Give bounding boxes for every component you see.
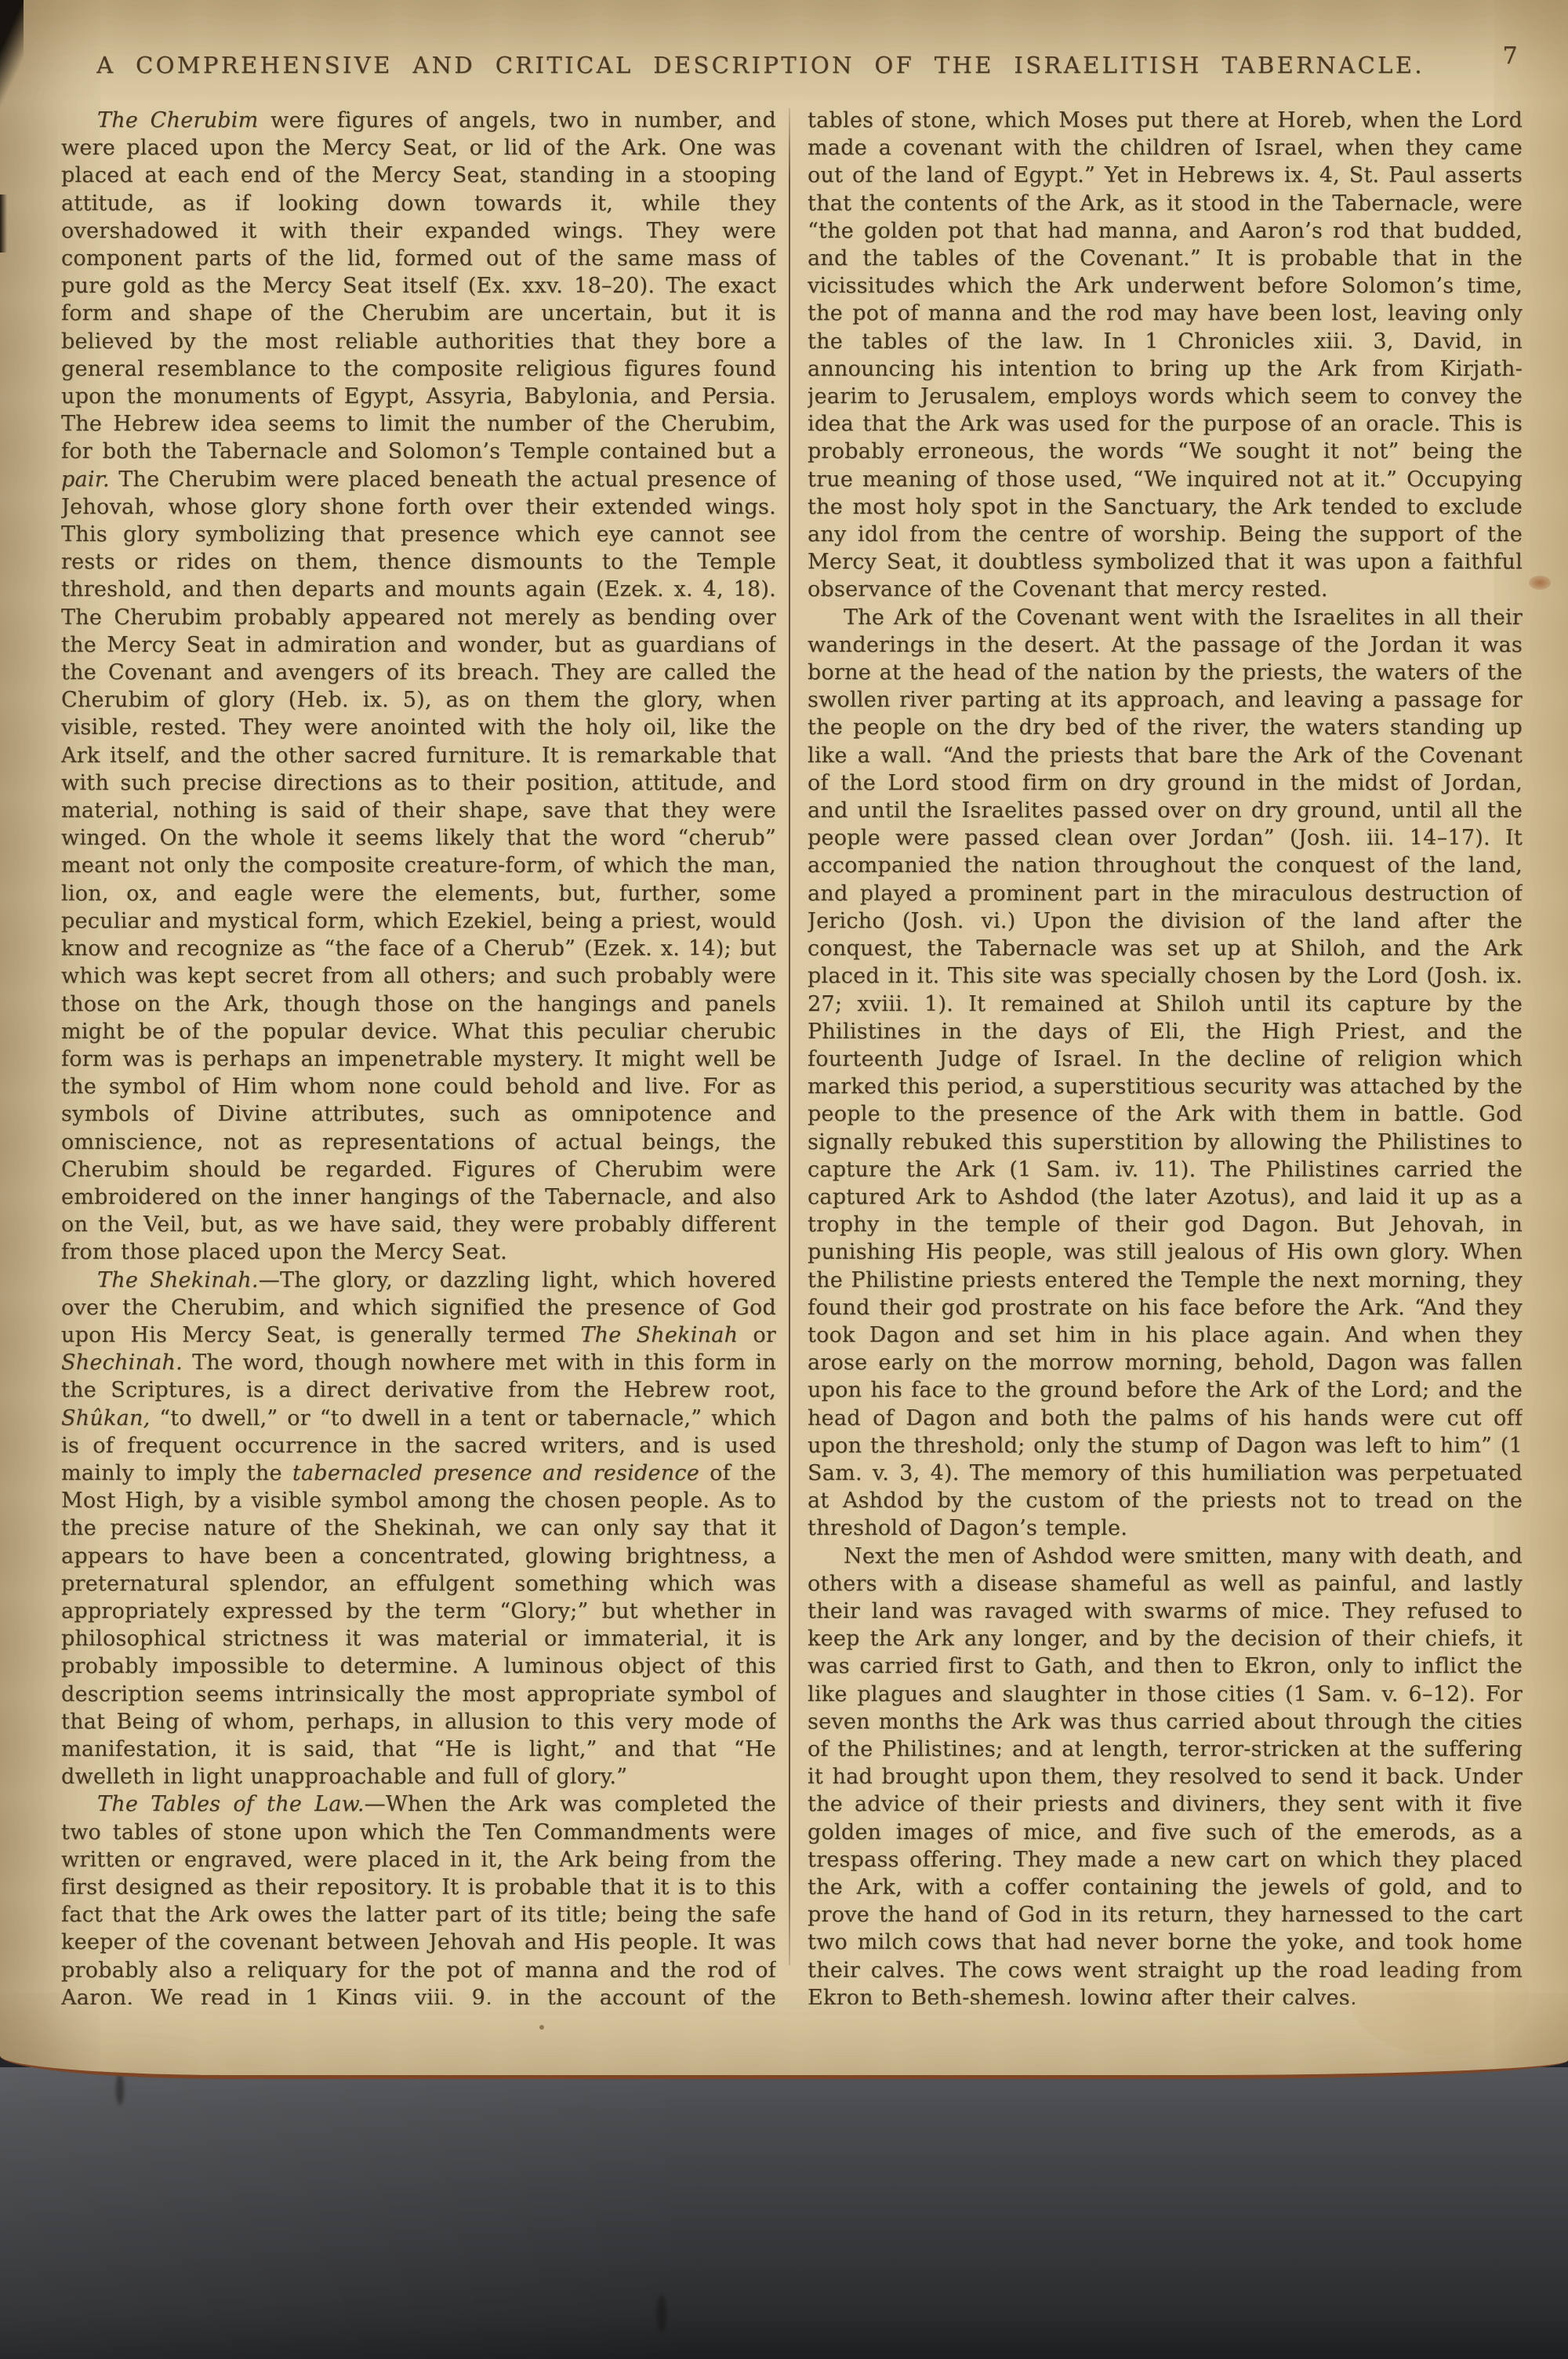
text-run: of the Most High, by a visible symbol am… xyxy=(61,1461,776,1789)
italic-text-run: Shechinah. xyxy=(61,1350,183,1375)
paragraph: tables of stone, which Moses put there a… xyxy=(808,107,1523,604)
italic-text-run: The Shekinah xyxy=(580,1323,738,1347)
paper-stain xyxy=(539,2025,544,2030)
table-backdrop xyxy=(0,2067,1568,2359)
italic-text-run: tabernacled presence and residence xyxy=(292,1461,699,1485)
paragraph: The Cherubim were figures of angels, two… xyxy=(61,107,776,1267)
backdrop-speck xyxy=(116,2074,124,2105)
column-divider-rule xyxy=(789,108,790,1965)
italic-text-run: The Cherubim xyxy=(97,108,259,133)
text-run: Next the men of Ashdod were smitten, man… xyxy=(808,1544,1523,2005)
paper-stain xyxy=(1348,1937,1529,2055)
text-run: were figures of angels, two in number, a… xyxy=(61,108,776,463)
book-page: A COMPREHENSIVE AND CRITICAL DESCRIPTION… xyxy=(0,0,1568,2079)
italic-text-run: The Tables of the Law. xyxy=(97,1792,365,1816)
column-left: The Cherubim were figures of angels, two… xyxy=(61,107,776,2005)
paper-stain xyxy=(1529,576,1551,590)
page-title: A COMPREHENSIVE AND CRITICAL DESCRIPTION… xyxy=(94,52,1427,78)
gutter-shadow xyxy=(0,0,24,118)
gutter-shadow-fragment xyxy=(0,194,7,253)
italic-text-run: The Shekinah. xyxy=(97,1268,259,1292)
backdrop-speck xyxy=(657,2295,666,2332)
text-run: The Cherubim were placed beneath the act… xyxy=(61,467,776,1265)
italic-text-run: Shûkan, xyxy=(61,1406,150,1430)
text-run: —When the Ark was completed the two tabl… xyxy=(61,1792,776,2005)
column-right: tables of stone, which Moses put there a… xyxy=(808,107,1523,2005)
paragraph: The Ark of the Covenant went with the Is… xyxy=(808,604,1523,1543)
text-run: The Ark of the Covenant went with the Is… xyxy=(808,605,1523,1541)
page-number: 7 xyxy=(1486,42,1534,70)
text-run: tables of stone, which Moses put there a… xyxy=(808,108,1523,602)
paragraph: Next the men of Ashdod were smitten, man… xyxy=(808,1543,1523,2005)
text-run: or xyxy=(738,1323,776,1347)
paragraph: The Shekinah.—The glory, or dazzling lig… xyxy=(61,1267,776,1791)
paragraph: The Tables of the Law.—When the Ark was … xyxy=(61,1790,776,2005)
italic-text-run: pair. xyxy=(61,467,110,492)
